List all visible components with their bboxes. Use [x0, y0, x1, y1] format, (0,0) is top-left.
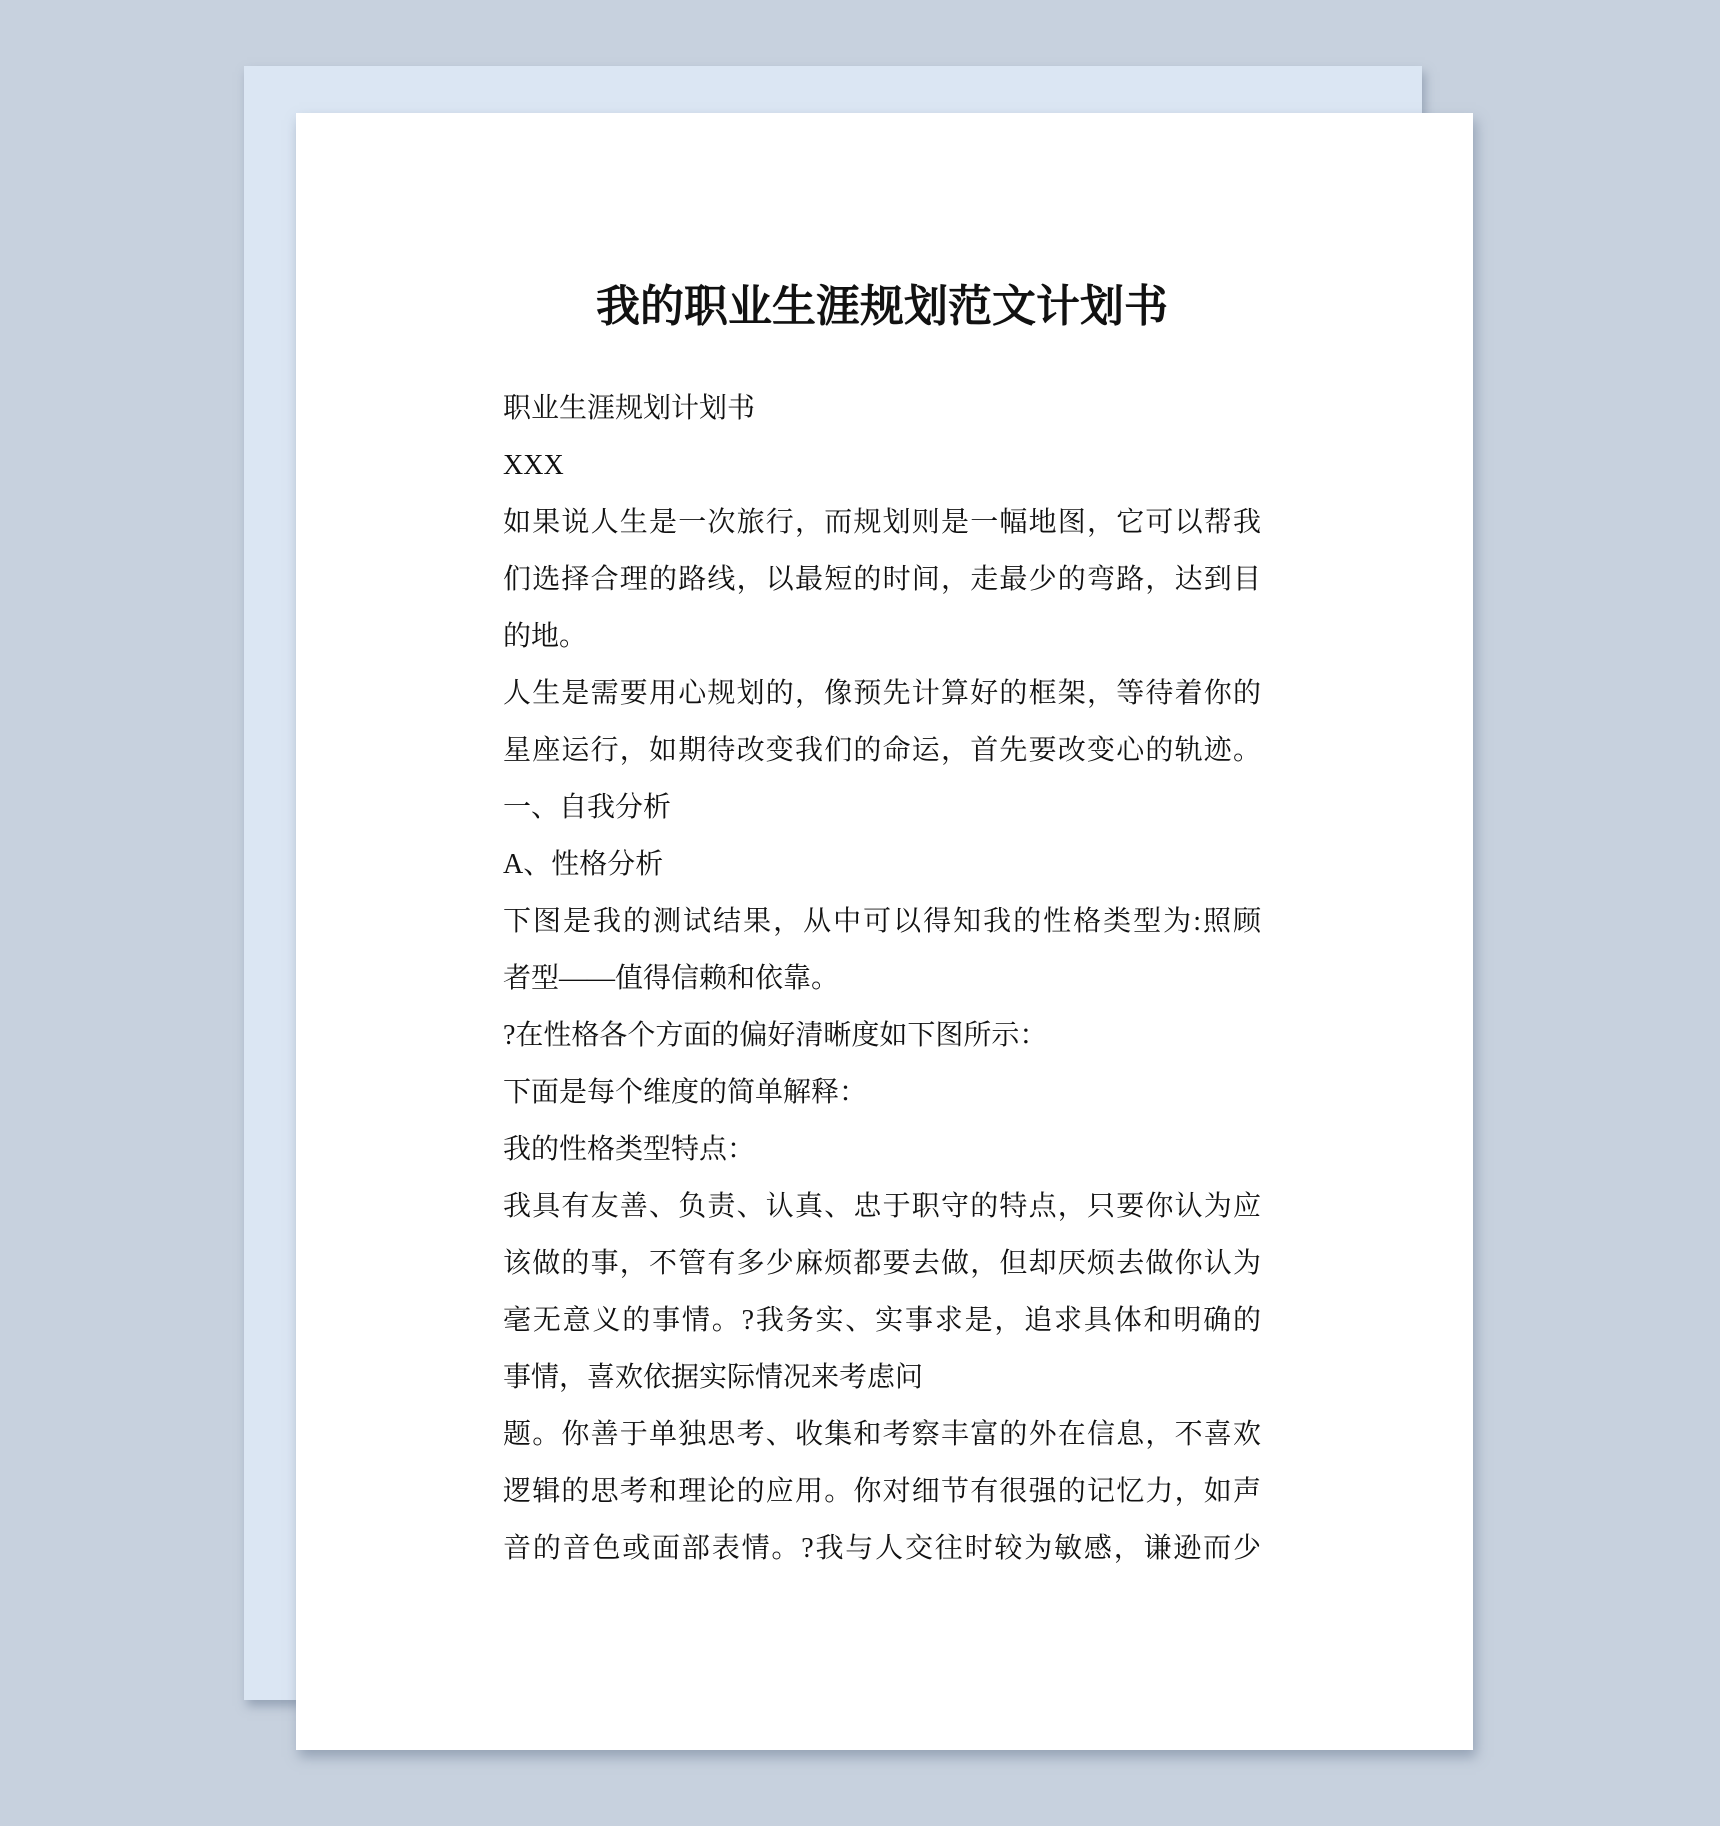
text-line: A、性格分析: [503, 836, 1261, 893]
text-line: 题。你善于单独思考、收集和考察丰富的外在信息，不喜欢: [503, 1406, 1261, 1463]
text-line: 的地。: [503, 608, 1261, 665]
text-line: ?在性格各个方面的偏好清晰度如下图所示：: [503, 1007, 1261, 1064]
text-line: 毫无意义的事情。?我务实、实事求是，追求具体和明确的: [503, 1292, 1261, 1349]
text-line: 音的音色或面部表情。?我与人交往时较为敏感，谦逊而少: [503, 1520, 1261, 1577]
text-line: 职业生涯规划计划书: [503, 380, 1261, 437]
desktop-background: 我的职业生涯规划范文计划书 职业生涯规划计划书XXX如果说人生是一次旅行，而规划…: [0, 0, 1720, 1826]
text-line: 事情，喜欢依据实际情况来考虑问: [503, 1349, 1261, 1406]
text-line: 者型——值得信赖和依靠。: [503, 950, 1261, 1007]
document-page: 我的职业生涯规划范文计划书 职业生涯规划计划书XXX如果说人生是一次旅行，而规划…: [296, 113, 1473, 1750]
text-line: 星座运行，如期待改变我们的命运，首先要改变心的轨迹。: [503, 722, 1261, 779]
text-line: XXX: [503, 437, 1261, 494]
document-title: 我的职业生涯规划范文计划书: [503, 281, 1261, 333]
text-line: 人生是需要用心规划的，像预先计算好的框架，等待着你的: [503, 665, 1261, 722]
document-body: 职业生涯规划计划书XXX如果说人生是一次旅行，而规划则是一幅地图，它可以帮我们选…: [503, 380, 1261, 1577]
document-content: 我的职业生涯规划范文计划书 职业生涯规划计划书XXX如果说人生是一次旅行，而规划…: [296, 281, 1473, 1577]
text-line: 们选择合理的路线，以最短的时间，走最少的弯路，达到目: [503, 551, 1261, 608]
text-line: 我具有友善、负责、认真、忠于职守的特点，只要你认为应: [503, 1178, 1261, 1235]
text-line: 该做的事，不管有多少麻烦都要去做，但却厌烦去做你认为: [503, 1235, 1261, 1292]
text-line: 一、自我分析: [503, 779, 1261, 836]
text-line: 逻辑的思考和理论的应用。你对细节有很强的记忆力，如声: [503, 1463, 1261, 1520]
text-line: 我的性格类型特点：: [503, 1121, 1261, 1178]
text-line: 下图是我的测试结果，从中可以得知我的性格类型为:照顾: [503, 893, 1261, 950]
text-line: 下面是每个维度的简单解释：: [503, 1064, 1261, 1121]
text-line: 如果说人生是一次旅行，而规划则是一幅地图，它可以帮我: [503, 494, 1261, 551]
